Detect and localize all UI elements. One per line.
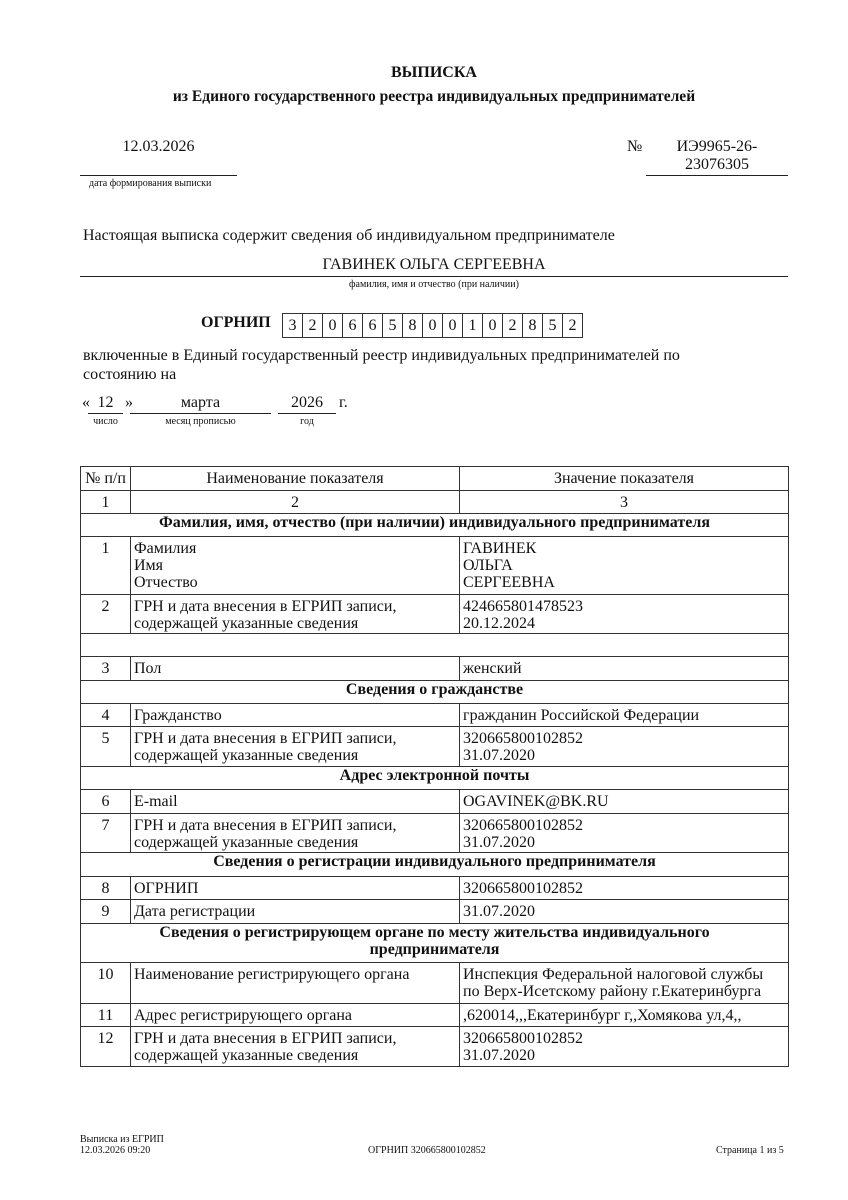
row-value: 320665800102852 31.07.2020	[460, 1027, 789, 1067]
row-value-line: 424665801478523	[463, 598, 785, 615]
row-name-line: Отчество	[134, 574, 456, 591]
section-title: Фамилия, имя, отчество (при наличии) инд…	[81, 514, 789, 537]
section-title	[81, 634, 789, 657]
row-value-line: ГАВИНЕК	[463, 540, 785, 557]
row-number: 7	[81, 814, 131, 853]
year-caption: год	[278, 416, 336, 427]
section-header-empty	[81, 634, 789, 657]
row-name-line: содержащей указанные сведения	[134, 1047, 456, 1064]
row-value: 320665800102852	[460, 877, 789, 900]
row-value-line: 320665800102852	[463, 1030, 785, 1047]
table-row: 5 ГРН и дата внесения в ЕГРИП записи, со…	[81, 727, 789, 767]
row-name-line: содержащей указанные сведения	[134, 834, 456, 851]
table-row: 12 ГРН и дата внесения в ЕГРИП записи, с…	[81, 1027, 789, 1067]
row-value: 320665800102852 31.07.2020	[460, 727, 789, 767]
row-number: 12	[81, 1027, 131, 1067]
table-row: 4 Гражданство гражданин Российской Федер…	[81, 704, 789, 727]
month-caption: месяц прописью	[130, 416, 271, 427]
day-underline	[88, 413, 123, 414]
row-name: ОГРНИП	[131, 877, 460, 900]
row-number: 9	[81, 900, 131, 924]
table-column-numbers-row: 1 2 3	[81, 491, 789, 514]
footer-ogrnip: ОГРНИП 320665800102852	[368, 1145, 486, 1156]
footer-timestamp: 12.03.2026 09:20	[80, 1145, 164, 1156]
ogrnip-digit: 5	[382, 313, 403, 338]
row-name: E-mail	[131, 790, 460, 814]
row-value-email: OGAVINEK@BK.RU	[460, 790, 789, 814]
row-value: гражданин Российской Федерации	[460, 704, 789, 727]
row-number: 2	[81, 595, 131, 634]
row-name: Гражданство	[131, 704, 460, 727]
row-name-line: Фамилия	[134, 540, 456, 557]
column-number: 1	[81, 491, 131, 514]
row-name: Фамилия Имя Отчество	[131, 537, 460, 595]
column-number: 3	[460, 491, 789, 514]
included-text: включенные в Единый государственный реес…	[83, 346, 783, 384]
formation-date: 12.03.2026	[80, 138, 237, 156]
row-value-line: 31.07.2020	[463, 1047, 785, 1064]
row-number: 6	[81, 790, 131, 814]
row-name-line: содержащей указанные сведения	[134, 615, 456, 632]
row-value: женский	[460, 657, 789, 681]
table-row: 10 Наименование регистрирующего органа И…	[81, 963, 789, 1004]
as-of-day: 12	[88, 394, 123, 412]
row-value-line: 31.07.2020	[463, 834, 785, 851]
ogrnip-digit: 2	[302, 313, 323, 338]
section-title: Сведения о гражданстве	[81, 681, 789, 704]
row-value-address: ,620014,,,Екатеринбург г,,Хомякова ул,4,…	[460, 1004, 789, 1027]
as-of-year: 2026	[278, 394, 336, 412]
formation-date-caption: дата формирования выписки	[80, 178, 254, 189]
row-name: Наименование регистрирующего органа	[131, 963, 460, 1004]
row-value-line: 320665800102852	[463, 730, 785, 747]
row-value: Инспекция Федеральной налоговой службы п…	[460, 963, 789, 1004]
document-title: ВЫПИСКА	[0, 64, 848, 82]
row-number: 11	[81, 1004, 131, 1027]
as-of-month: марта	[130, 394, 271, 412]
row-name: ГРН и дата внесения в ЕГРИП записи, соде…	[131, 814, 460, 853]
row-value: 31.07.2020	[460, 900, 789, 924]
ogrnip-digit: 6	[362, 313, 383, 338]
extract-number-line1: ИЭ9965-26-	[646, 138, 788, 156]
row-name: ГРН и дата внесения в ЕГРИП записи, соде…	[131, 595, 460, 634]
column-number: 2	[131, 491, 460, 514]
row-number: 4	[81, 704, 131, 727]
section-title: Адрес электронной почты	[81, 767, 789, 790]
ogrnip-digit: 0	[482, 313, 503, 338]
row-name: ГРН и дата внесения в ЕГРИП записи, соде…	[131, 727, 460, 767]
extract-number-underline	[646, 175, 788, 176]
section-header: Сведения о регистрирующем органе по мест…	[81, 924, 789, 963]
table-row: 9 Дата регистрации 31.07.2020	[81, 900, 789, 924]
header-indicator-name: Наименование показателя	[131, 467, 460, 491]
row-name-line: ГРН и дата внесения в ЕГРИП записи,	[134, 598, 456, 615]
table-row: 11 Адрес регистрирующего органа ,620014,…	[81, 1004, 789, 1027]
row-name: Пол	[131, 657, 460, 681]
row-name: ГРН и дата внесения в ЕГРИП записи, соде…	[131, 1027, 460, 1067]
full-name-underline	[80, 276, 788, 277]
table-row: 6 E-mail OGAVINEK@BK.RU	[81, 790, 789, 814]
table-row: 2 ГРН и дата внесения в ЕГРИП записи, со…	[81, 595, 789, 634]
year-underline	[278, 413, 336, 414]
day-caption: число	[84, 416, 127, 427]
number-sign: №	[627, 138, 642, 156]
row-name-line: ГРН и дата внесения в ЕГРИП записи,	[134, 730, 456, 747]
ogrnip-digit: 8	[522, 313, 543, 338]
included-text-line2: состоянию на	[83, 365, 783, 384]
extract-number-line2: 23076305	[646, 156, 788, 174]
section-title: Сведения о регистрации индивидуального п…	[81, 853, 789, 877]
row-number: 1	[81, 537, 131, 595]
table-row: 8 ОГРНИП 320665800102852	[81, 877, 789, 900]
formation-date-underline	[80, 175, 237, 176]
row-value-line: ОЛЬГА	[463, 557, 785, 574]
header-indicator-value: Значение показателя	[460, 467, 789, 491]
row-value-line: 320665800102852	[463, 817, 785, 834]
ogrnip-digit: 1	[462, 313, 483, 338]
intro-text: Настоящая выписка содержит сведения об и…	[83, 227, 615, 245]
table-row: 1 Фамилия Имя Отчество ГАВИНЕК ОЛЬГА СЕР…	[81, 537, 789, 595]
ogrnip-digit: 0	[322, 313, 343, 338]
section-header: Фамилия, имя, отчество (при наличии) инд…	[81, 514, 789, 537]
section-header: Сведения о регистрации индивидуального п…	[81, 853, 789, 877]
row-number: 3	[81, 657, 131, 681]
month-underline	[130, 413, 271, 414]
extract-table: № п/п Наименование показателя Значение п…	[80, 466, 789, 1067]
ogrnip-label: ОГРНИП	[201, 314, 271, 332]
row-value-line: 20.12.2024	[463, 615, 785, 632]
row-value: ГАВИНЕК ОЛЬГА СЕРГЕЕВНА	[460, 537, 789, 595]
row-name: Дата регистрации	[131, 900, 460, 924]
table-row: 3 Пол женский	[81, 657, 789, 681]
as-of-year-suffix: г.	[339, 394, 348, 412]
ogrnip-boxes: 3 2 0 6 6 5 8 0 0 1 0 2 8 5 2	[283, 313, 583, 338]
row-number: 5	[81, 727, 131, 767]
row-name-line: ГРН и дата внесения в ЕГРИП записи,	[134, 817, 456, 834]
row-name: Адрес регистрирующего органа	[131, 1004, 460, 1027]
ogrnip-digit: 8	[402, 313, 423, 338]
section-header: Сведения о гражданстве	[81, 681, 789, 704]
ogrnip-digit: 3	[282, 313, 303, 338]
ogrnip-digit: 0	[442, 313, 463, 338]
footer-page-number: Страница 1 из 5	[716, 1145, 784, 1156]
row-value-line: 31.07.2020	[463, 747, 785, 764]
ogrnip-digit: 0	[422, 313, 443, 338]
section-header: Адрес электронной почты	[81, 767, 789, 790]
footer-left: Выписка из ЕГРИП 12.03.2026 09:20	[80, 1134, 164, 1156]
ogrnip-digit: 2	[502, 313, 523, 338]
table-header-row: № п/п Наименование показателя Значение п…	[81, 467, 789, 491]
section-title: Сведения о регистрирующем органе по мест…	[81, 924, 789, 963]
ogrnip-digit: 6	[342, 313, 363, 338]
extract-number: ИЭ9965-26- 23076305	[646, 138, 788, 174]
included-text-line1: включенные в Единый государственный реес…	[83, 346, 783, 365]
entrepreneur-full-name: ГАВИНЕК ОЛЬГА СЕРГЕЕВНА	[80, 256, 788, 274]
row-value-line: СЕРГЕЕВНА	[463, 574, 785, 591]
row-number: 8	[81, 877, 131, 900]
row-name-line: Имя	[134, 557, 456, 574]
table-row: 7 ГРН и дата внесения в ЕГРИП записи, со…	[81, 814, 789, 853]
row-value-line: по Верх-Исетскому району г.Екатеринбурга	[463, 983, 788, 1000]
ogrnip-digit: 5	[542, 313, 563, 338]
row-name-line: содержащей указанные сведения	[134, 747, 456, 764]
row-value-line: Инспекция Федеральной налоговой службы	[463, 966, 788, 983]
row-value: 424665801478523 20.12.2024	[460, 595, 789, 634]
document-subtitle: из Единого государственного реестра инди…	[0, 88, 848, 106]
row-number: 10	[81, 963, 131, 1004]
full-name-caption: фамилия, имя и отчество (при наличии)	[80, 279, 788, 290]
row-value: 320665800102852 31.07.2020	[460, 814, 789, 853]
row-name-line: ГРН и дата внесения в ЕГРИП записи,	[134, 1030, 456, 1047]
footer-doc-name: Выписка из ЕГРИП	[80, 1134, 164, 1145]
header-number: № п/п	[81, 467, 131, 491]
ogrnip-digit: 2	[562, 313, 583, 338]
